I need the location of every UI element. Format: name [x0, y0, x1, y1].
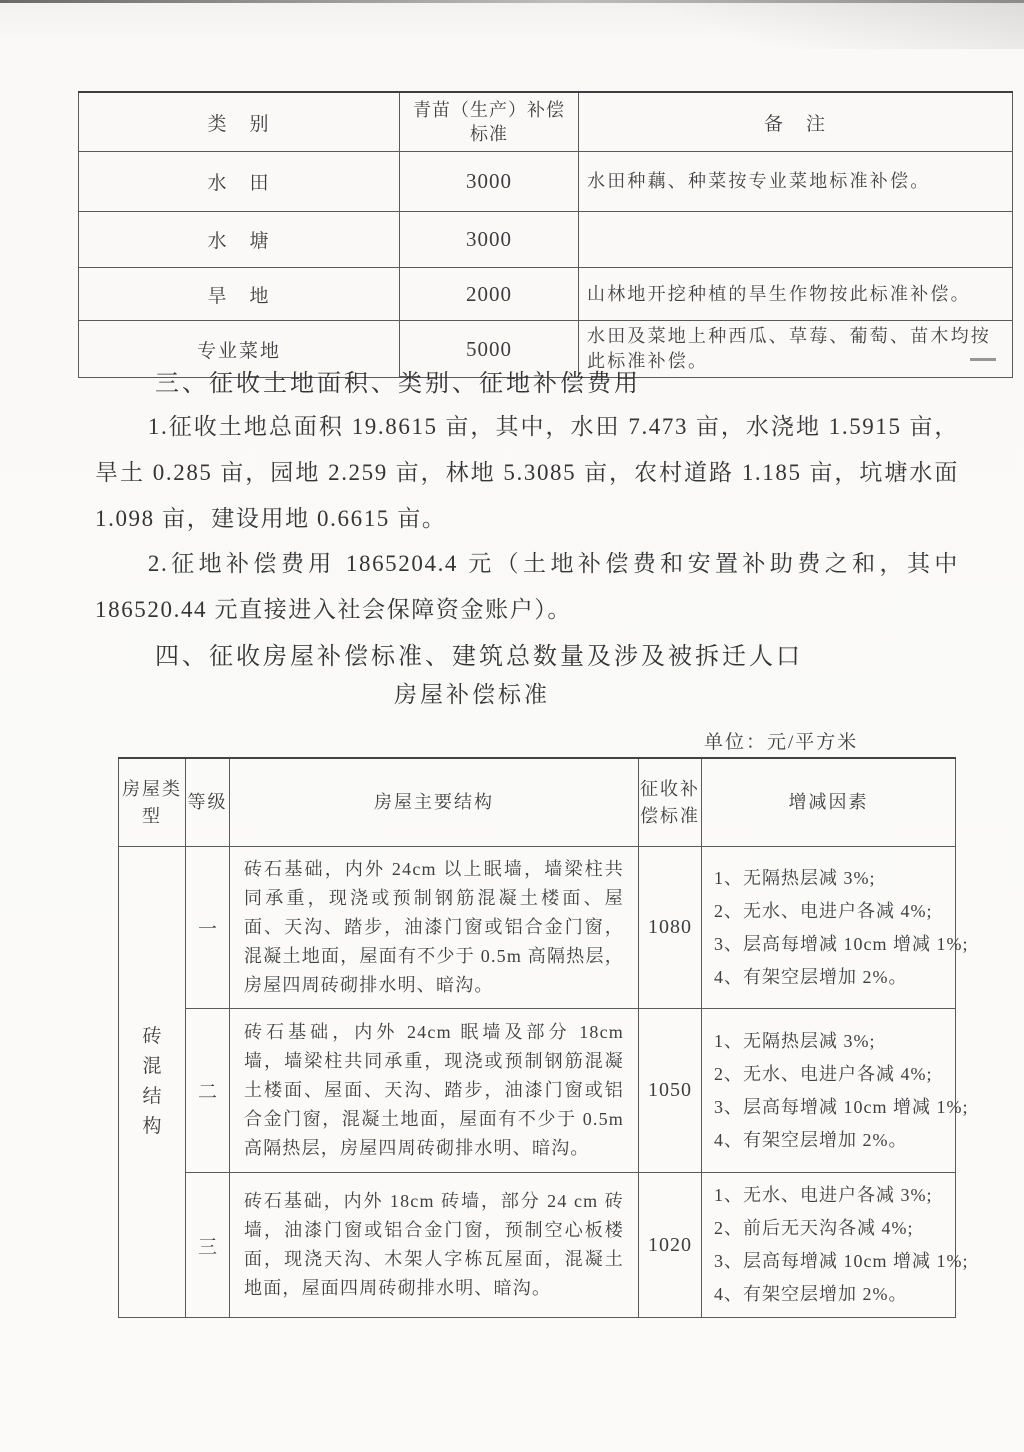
factor-line: 2、无水、电进户各减 4%; — [714, 895, 951, 928]
factors-cell: 1、无隔热层减 3%; 2、无水、电进户各减 4%; 3、层高每增减 10cm … — [702, 847, 956, 1009]
crop-standard-value: 3000 — [400, 152, 579, 212]
factor-line: 1、无隔热层减 3%; — [714, 1025, 951, 1058]
crop-compensation-table: 类 别 青苗（生产）补偿标准 备 注 水 田 3000 水田种藕、种菜按专业菜地… — [78, 91, 1013, 378]
house-type-cell: 砖混结构 — [119, 847, 186, 1318]
house-table-title: 房屋补偿标准 — [0, 676, 944, 709]
factor-line: 2、无水、电进户各减 4%; — [714, 1058, 951, 1091]
section3-paragraph-2: 2.征地补偿费用 1865204.4 元（土地补偿费和安置补助费之和，其中 18… — [95, 541, 959, 633]
factor-line: 3、层高每增减 10cm 增减 1%; — [714, 928, 951, 961]
unit-label: 单位：元/平方米 — [704, 727, 858, 754]
standard-cell: 1050 — [639, 1009, 702, 1173]
grade-cell: 二 — [186, 1009, 230, 1173]
crop-standard-value: 3000 — [400, 212, 579, 268]
grade-cell: 一 — [186, 847, 230, 1009]
house-table-header-row: 房屋类型 等级 房屋主要结构 征收补偿标准 增减因素 — [119, 758, 956, 847]
crop-remark: 山林地开挖种植的旱生作物按此标准补偿。 — [579, 268, 1013, 321]
crop-remark: 水田种藕、种菜按专业菜地标准补偿。 — [579, 152, 1013, 212]
factor-line: 1、无水、电进户各减 3%; — [714, 1179, 951, 1212]
house-header-factors: 增减因素 — [702, 758, 956, 847]
house-compensation-table: 房屋类型 等级 房屋主要结构 征收补偿标准 增减因素 砖混结构 一 砖石基础，内… — [118, 757, 956, 1318]
section3-paragraph-1: 1.征收土地总面积 19.8615 亩，其中，水田 7.473 亩，水浇地 1.… — [95, 404, 959, 542]
crop-category: 水 塘 — [79, 212, 400, 268]
crop-remark — [579, 212, 1013, 268]
factor-line: 3、层高每增减 10cm 增减 1%; — [714, 1091, 951, 1124]
crop-category: 水 田 — [79, 152, 400, 212]
structure-cell: 砖石基础，内外 24cm 眠墙及部分 18cm 墙，墙梁柱共同承重，现浇或预制钢… — [230, 1009, 639, 1173]
scan-shade-artifact — [604, 3, 1024, 49]
crop-remark: 水田及菜地上种西瓜、草莓、葡萄、苗木均按此标准补偿。 — [579, 321, 1013, 378]
table-row: 水 塘 3000 — [79, 212, 1013, 268]
table-row: 水 田 3000 水田种藕、种菜按专业菜地标准补偿。 — [79, 152, 1013, 212]
section3-heading: 三、征收土地面积、类别、征地补偿费用 — [155, 363, 641, 398]
factor-line: 4、有架空层增加 2%。 — [714, 1124, 951, 1157]
table-row: 二 砖石基础，内外 24cm 眠墙及部分 18cm 墙，墙梁柱共同承重，现浇或预… — [119, 1009, 956, 1173]
structure-cell: 砖石基础，内外 24cm 以上眠墙，墙梁柱共同承重，现浇或预制钢筋混凝土楼面、屋… — [230, 847, 639, 1009]
grade-cell: 三 — [186, 1173, 230, 1318]
house-header-standard: 征收补偿标准 — [639, 758, 702, 847]
crop-header-category: 类 别 — [79, 92, 400, 152]
crop-standard-value: 2000 — [400, 268, 579, 321]
standard-cell: 1080 — [639, 847, 702, 1009]
crop-category: 旱 地 — [79, 268, 400, 321]
crop-header-remark: 备 注 — [579, 92, 1013, 152]
document-page: 类 别 青苗（生产）补偿标准 备 注 水 田 3000 水田种藕、种菜按专业菜地… — [0, 0, 1024, 1452]
house-type-label: 砖混结构 — [142, 1022, 163, 1142]
house-header-structure: 房屋主要结构 — [230, 758, 639, 847]
section4-heading: 四、征收房屋补偿标准、建筑总数量及涉及被拆迁人口 — [155, 636, 803, 671]
factor-line: 4、有架空层增加 2%。 — [714, 961, 951, 994]
factor-line: 4、有架空层增加 2%。 — [714, 1278, 951, 1311]
factor-line: 1、无隔热层减 3%; — [714, 862, 951, 895]
crop-table-header-row: 类 别 青苗（生产）补偿标准 备 注 — [79, 92, 1013, 152]
factors-cell: 1、无隔热层减 3%; 2、无水、电进户各减 4%; 3、层高每增减 10cm … — [702, 1009, 956, 1173]
house-header-grade: 等级 — [186, 758, 230, 847]
crop-header-standard: 青苗（生产）补偿标准 — [400, 92, 579, 152]
table-row: 三 砖石基础，内外 18cm 砖墙，部分 24 cm 砖墙，油漆门窗或铝合金门窗… — [119, 1173, 956, 1318]
scan-top-edge-artifact — [0, 0, 1024, 3]
structure-cell: 砖石基础，内外 18cm 砖墙，部分 24 cm 砖墙，油漆门窗或铝合金门窗，预… — [230, 1173, 639, 1318]
standard-cell: 1020 — [639, 1173, 702, 1318]
factors-cell: 1、无水、电进户各减 3%; 2、前后无天沟各减 4%; 3、层高每增减 10c… — [702, 1173, 956, 1318]
factor-line: 3、层高每增减 10cm 增减 1%; — [714, 1245, 951, 1278]
house-header-type: 房屋类型 — [119, 758, 186, 847]
table-row: 砖混结构 一 砖石基础，内外 24cm 以上眠墙，墙梁柱共同承重，现浇或预制钢筋… — [119, 847, 956, 1009]
table-row: 旱 地 2000 山林地开挖种植的旱生作物按此标准补偿。 — [79, 268, 1013, 321]
factor-line: 2、前后无天沟各减 4%; — [714, 1212, 951, 1245]
